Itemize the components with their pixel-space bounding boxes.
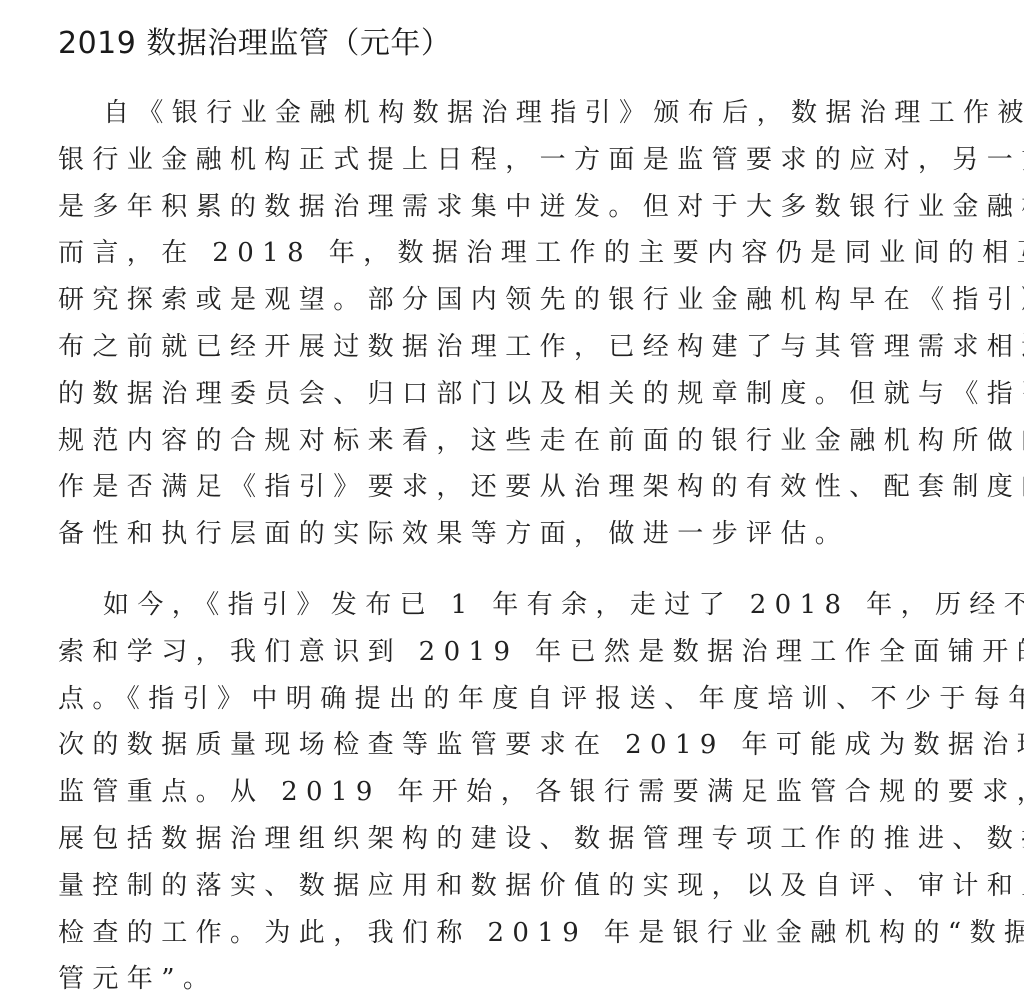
- section-title: 2019 数据治理监管（元年）: [58, 22, 451, 66]
- text-line: 次的数据质量现场检查等监管要求在 2019 年可能成为数据治理方面的: [58, 722, 968, 769]
- text-line: 自《银行业金融机构数据治理指引》颁布后，数据治理工作被国内: [58, 90, 968, 137]
- text-line: 如今，《指引》发布已 1 年有余，走过了 2018 年，历经不断的探: [58, 582, 968, 629]
- text-line: 管元年”。: [58, 956, 968, 1003]
- text-line: 监管重点。从 2019 年开始，各银行需要满足监管合规的要求，逐步开: [58, 769, 968, 816]
- paragraph-supervision-year: 如今，《指引》发布已 1 年有余，走过了 2018 年，历经不断的探 索和学习，…: [58, 582, 968, 1003]
- paragraph-guideline-intro: 自《银行业金融机构数据治理指引》颁布后，数据治理工作被国内 银行业金融机构正式提…: [58, 90, 968, 558]
- text-line: 展包括数据治理组织架构的建设、数据管理专项工作的推进、数据质: [58, 816, 968, 863]
- text-line: 量控制的落实、数据应用和数据价值的实现，以及自评、审计和监督: [58, 863, 968, 910]
- text-line: 索和学习，我们意识到 2019 年已然是数据治理工作全面铺开的关键时: [58, 629, 968, 676]
- text-line: 银行业金融机构正式提上日程，一方面是监管要求的应对，另一方面: [58, 137, 968, 184]
- text-line: 布之前就已经开展过数据治理工作，已经构建了与其管理需求相适应: [58, 324, 968, 371]
- text-line: 规范内容的合规对标来看，这些走在前面的银行业金融机构所做的工: [58, 418, 968, 465]
- text-line: 而言，在 2018 年，数据治理工作的主要内容仍是同业间的相互学习、: [58, 230, 968, 277]
- text-line: 的数据治理委员会、归口部门以及相关的规章制度。但就与《指引》: [58, 371, 968, 418]
- text-line: 作是否满足《指引》要求，还要从治理架构的有效性、配套制度的完: [58, 464, 968, 511]
- text-line: 备性和执行层面的实际效果等方面，做进一步评估。: [58, 511, 968, 558]
- text-line: 点。《指引》中明确提出的年度自评报送、年度培训、不少于每年一: [58, 676, 968, 723]
- text-line: 是多年积累的数据治理需求集中迸发。但对于大多数银行业金融机构: [58, 184, 968, 231]
- text-line: 检查的工作。为此，我们称 2019 年是银行业金融机构的“数据治理监: [58, 910, 968, 957]
- text-line: 研究探索或是观望。部分国内领先的银行业金融机构早在《指引》发: [58, 277, 968, 324]
